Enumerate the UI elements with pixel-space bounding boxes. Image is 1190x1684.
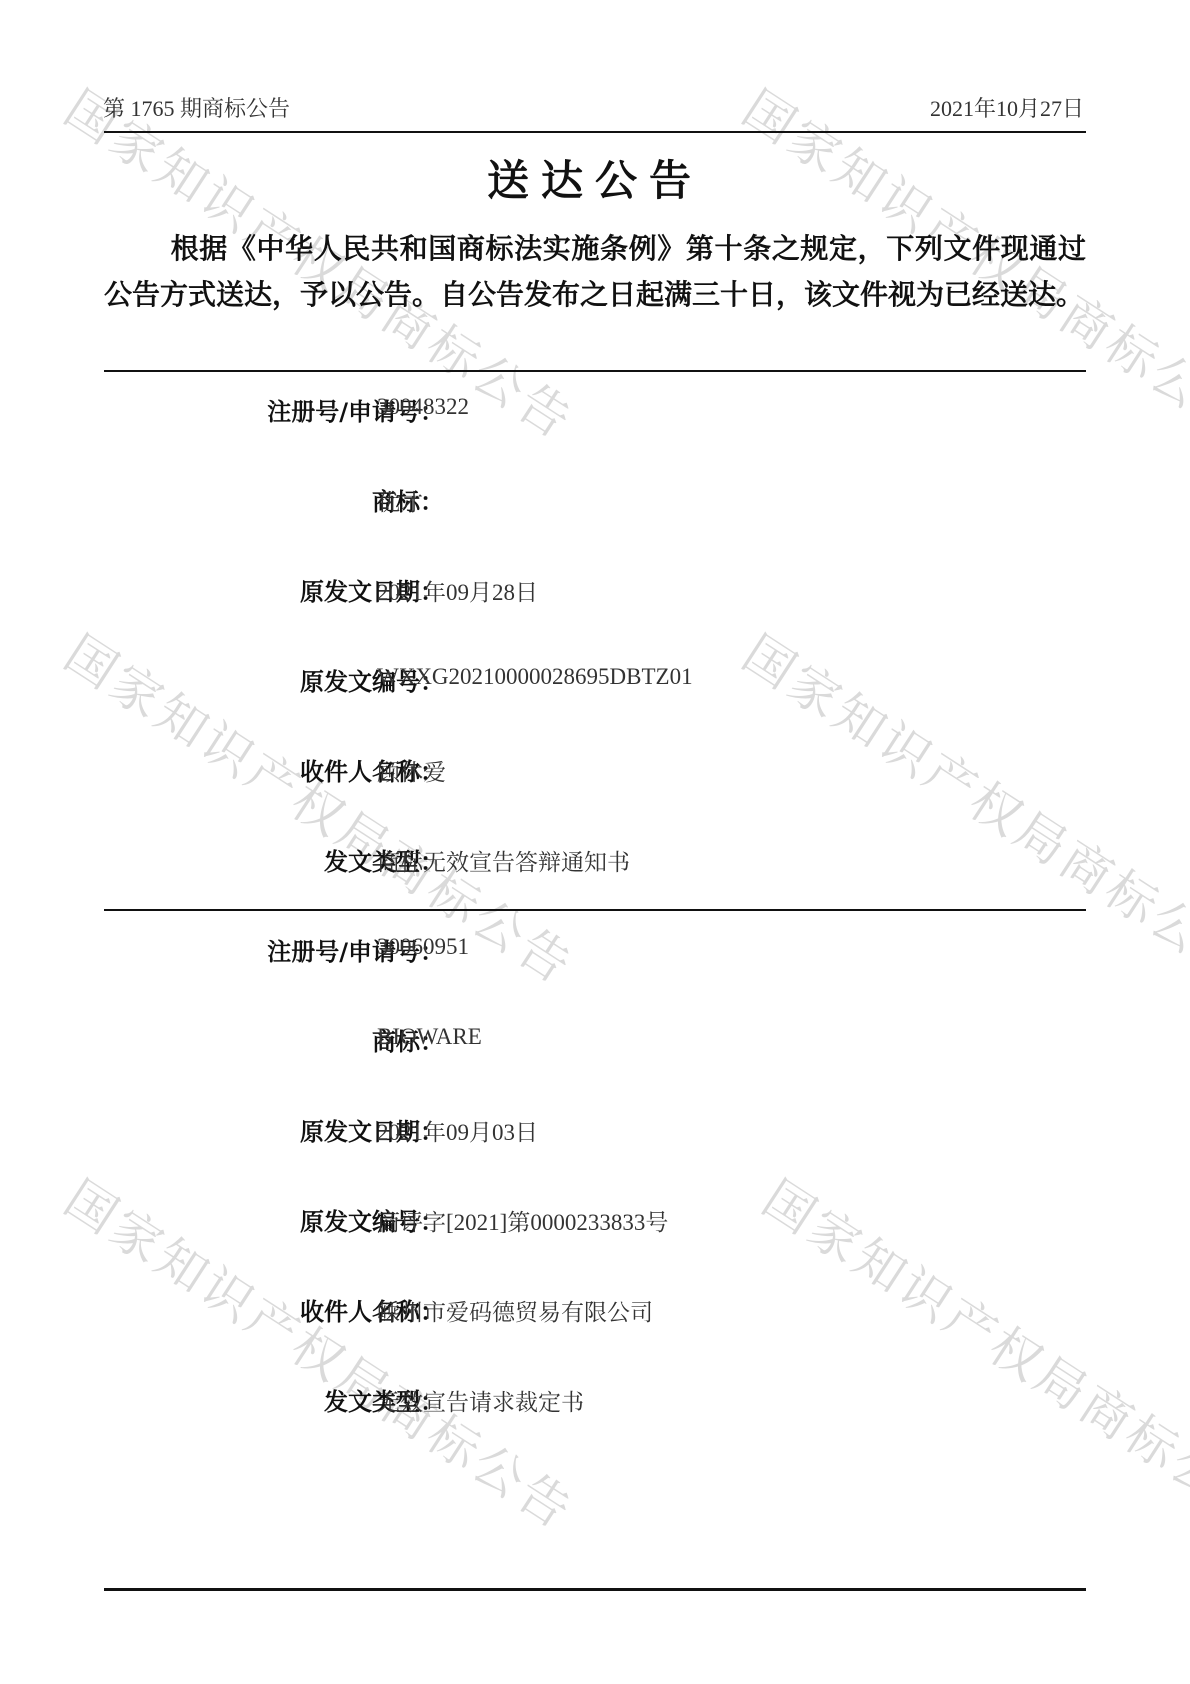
value-reg-no: 30060951 [377, 934, 469, 960]
value-orig-no: 商评字[2021]第0000233833号 [377, 1204, 668, 1237]
value-trademark: BIOWARE [377, 1024, 482, 1050]
field-orig-date: 原发文日期： 2021年09月03日 [104, 1112, 1086, 1152]
page-title: 送达公告 [0, 148, 1190, 208]
field-orig-no: 原发文编号： 商评字[2021]第0000233833号 [104, 1202, 1086, 1242]
field-recipient: 收件人名称： 嵊州市爱码德贸易有限公司 [104, 1292, 1086, 1332]
header-divider [104, 131, 1086, 133]
record-divider [104, 909, 1086, 911]
value-orig-date: 2021年09月28日 [377, 574, 538, 607]
value-reg-no: 30048322 [377, 394, 469, 420]
field-trademark: 商标： BIOWARE [104, 1022, 1086, 1062]
intro-paragraph: 根据《中华人民共和国商标法实施条例》第十条之规定，下列文件现通过公告方式送达，予… [104, 226, 1086, 318]
value-orig-no: WXXG20210000028695DBTZ01 [377, 664, 693, 690]
section-divider [104, 370, 1086, 372]
value-recipient: 嵊州市爱码德贸易有限公司 [377, 1294, 653, 1327]
field-doc-type: 发文类型： 无效宣告请求裁定书 [104, 1382, 1086, 1422]
footer-divider [104, 1588, 1086, 1591]
value-orig-date: 2021年09月03日 [377, 1114, 538, 1147]
field-recipient: 收件人名称： 顾休爱 [104, 752, 1086, 792]
issue-date: 2021年10月27日 [930, 92, 1084, 123]
intro-text: 根据《中华人民共和国商标法实施条例》第十条之规定，下列文件现通过公告方式送达，予… [104, 232, 1086, 311]
field-doc-type: 发文类型： 商标无效宣告答辩通知书 [104, 842, 1086, 882]
value-doc-type: 商标无效宣告答辩通知书 [377, 844, 630, 877]
value-recipient: 顾休爱 [377, 754, 446, 787]
field-reg-no: 注册号/申请号： 30060951 [104, 932, 1086, 972]
value-trademark: 优才 [377, 484, 423, 517]
document-page: 国家知识产权局商标公告 国家知识产权局商标公告 国家知识产权局商标公告 国家知识… [0, 0, 1190, 1684]
field-orig-date: 原发文日期： 2021年09月28日 [104, 572, 1086, 612]
issue-number: 第 1765 期商标公告 [103, 92, 290, 123]
field-trademark: 商标： 优才 [104, 482, 1086, 522]
value-doc-type: 无效宣告请求裁定书 [377, 1384, 584, 1417]
field-orig-no: 原发文编号： WXXG20210000028695DBTZ01 [104, 662, 1086, 702]
field-reg-no: 注册号/申请号： 30048322 [104, 392, 1086, 432]
